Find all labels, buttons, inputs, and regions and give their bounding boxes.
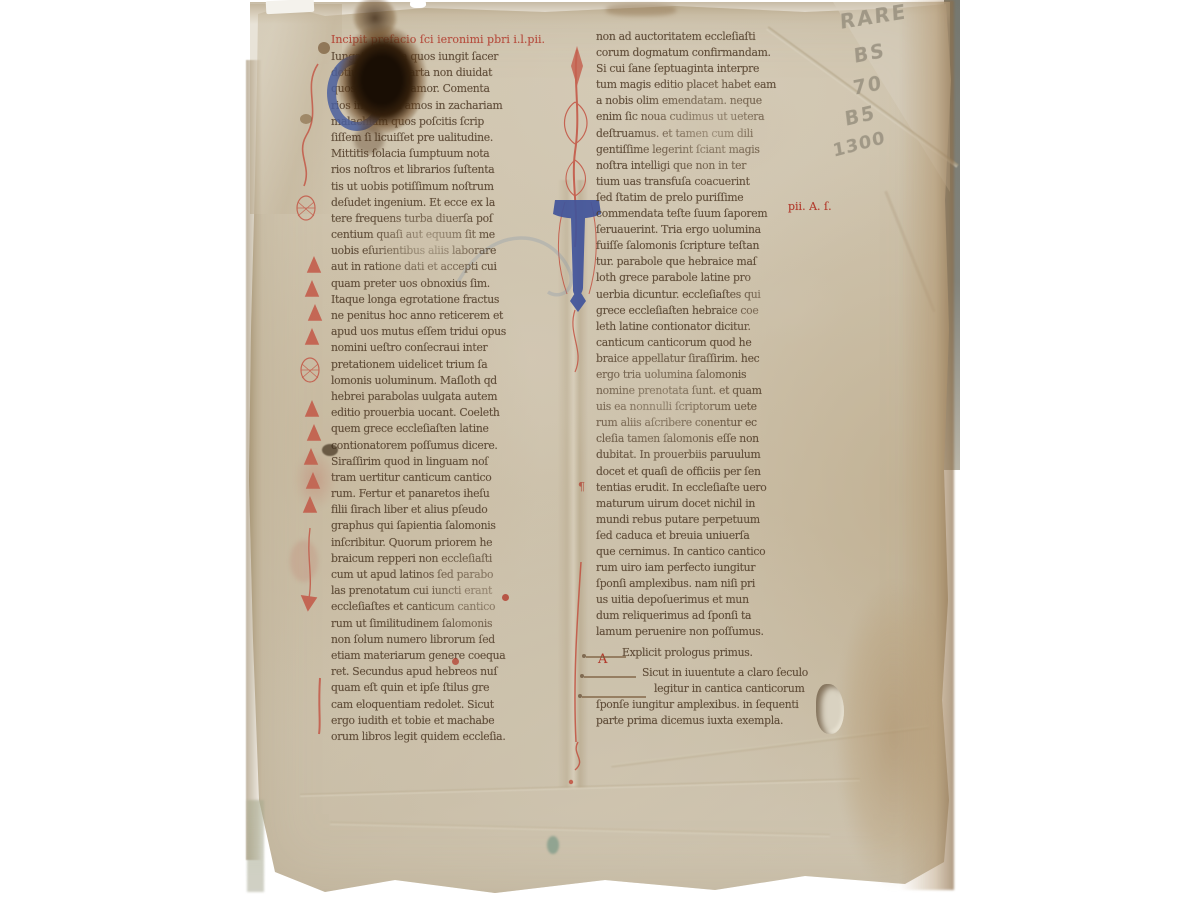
guide-tick: [584, 676, 636, 678]
text-line: lomonis uoluminum. Maſloth qd: [331, 374, 571, 390]
text-line: que cernimus. In cantico cantico: [596, 545, 852, 561]
text-line: grece eccleſiaſten hebraice coe: [596, 304, 852, 320]
explicit-line: Explicit prologus primus.: [596, 646, 852, 666]
text-line: ſponſe iungitur amplexibus. in ſequenti: [596, 698, 852, 714]
text-line: pretationem uidelicet trium ſa: [331, 358, 571, 374]
text-line: rios noſtros et librarios ſuſtenta: [331, 163, 571, 179]
text-line: Siraſſirim quod in linguam noſ: [331, 455, 571, 471]
text-line: centium quaſi aut equum ſit me: [331, 228, 571, 244]
text-line: parte prima dicemus iuxta exempla.: [596, 714, 852, 730]
text-line: non ad auctoritatem eccleſiaſti: [596, 30, 852, 46]
text-line: inſcribitur. Quorum priorem he: [331, 536, 571, 552]
text-line: rum aliis aſcribere conentur ec: [596, 416, 852, 432]
pencil-note-line: BS: [853, 40, 887, 68]
left-text-column: Incipit prefacio ſci ieronimi pbri i.l.p…: [331, 33, 571, 746]
text-line: ſponſi amplexibus. nam niſi pri: [596, 577, 852, 593]
text-line: cam eloquentiam redolet. Sicut: [331, 698, 571, 714]
pencil-note-line: RARE: [839, 0, 907, 34]
text-line: docet et quaſi de officiis per ſen: [596, 465, 852, 481]
text-line: graphus qui ſapientia ſalomonis: [331, 519, 571, 535]
text-line: etiam materiarum genere coequa: [331, 649, 571, 665]
guide-tick: [582, 696, 646, 698]
text-line: quam eſt quin et ipſe ſtilus gre: [331, 681, 571, 697]
text-line: tere frequens turba diuerſa poſ: [331, 212, 571, 228]
text-line: tur. parabole que hebraice maſ: [596, 255, 852, 271]
text-line: tium uas transfuſa coacuerint: [596, 175, 852, 191]
bottom-left-edge: [247, 800, 264, 892]
text-line: canticum canticorum quod he: [596, 336, 852, 352]
text-line: editio prouerbia uocant. Coeleth: [331, 406, 571, 422]
red-explicit-initial: A: [598, 652, 607, 667]
text-line: corum dogmatum confirmandam.: [596, 46, 852, 62]
text-line: hebrei parabolas uulgata autem: [331, 390, 571, 406]
text-line: ergo iudith et tobie et machabe: [331, 714, 571, 730]
text-line: rum. Fertur et panaretos iheſu: [331, 487, 571, 503]
text-line: loth grece parabole latine pro: [596, 271, 852, 287]
text-line: rios in oſee in amos in zachariam: [331, 99, 571, 115]
text-line: tentias erudit. In eccleſiaſte uero: [596, 481, 852, 497]
pencil-note-line: B5: [844, 102, 878, 131]
text-line: cleſia tamen ſalomonis eſſe non: [596, 432, 852, 448]
text-line: mundi rebus putare perpetuum: [596, 513, 852, 529]
text-line: uis ea nonnulli ſcriptorum uete: [596, 400, 852, 416]
text-line: Mittitis ſolacia ſumptuum nota: [331, 147, 571, 163]
text-line: enim ſic noua cudimus ut uetera: [596, 110, 852, 126]
text-line: dum reliquerimus ad ſponſi ta: [596, 609, 852, 625]
text-line: deſtruamus. et tamen cum dili: [596, 127, 852, 143]
text-line: eccleſiaſtes et canticum cantico: [331, 600, 571, 616]
manuscript-photo: Incipit prefacio ſci ieronimi pbri i.l.p…: [0, 0, 1200, 900]
text-line: fuiſſe ſalomonis ſcripture teſtan: [596, 239, 852, 255]
text-line: braicum repperi non eccleſiaſti: [331, 552, 571, 568]
text-line: Si cui ſane ſeptuaginta interpre: [596, 62, 852, 78]
text-line: uerbia dicuntur. eccleſiaſtes qui: [596, 288, 852, 304]
edge-notch: [410, 0, 426, 8]
text-line: leth latine contionator dicitur.: [596, 320, 852, 336]
text-line: ne penitus hoc anno reticerem et: [331, 309, 571, 325]
text-line: apud uos mutus eſſem tridui opus: [331, 325, 571, 341]
right-text-column: non ad auctoritatem eccleſiaſticorum dog…: [596, 30, 852, 730]
text-line: malachiam quos poſcitis ſcrip: [331, 115, 571, 131]
text-line: quam preter uos obnoxius ſim.: [331, 277, 571, 293]
text-line: braice appellatur ſiraſſirim. hec: [596, 352, 852, 368]
text-line: Sicut in iuuentute a claro ſeculo: [596, 666, 852, 682]
text-line: rum uiro iam perfecto iungitur: [596, 561, 852, 577]
text-line: non ſolum numero librorum ſed: [331, 633, 571, 649]
right-column-lines: non ad auctoritatem eccleſiaſticorum dog…: [596, 30, 852, 642]
text-line: las prenotatum cui iuncti erant: [331, 584, 571, 600]
text-line: Iungat epiſtola quos iungit ſacer: [331, 50, 571, 66]
pencil-note-line: 70: [852, 72, 884, 100]
text-line: us uitia depoſuerimus et mun: [596, 593, 852, 609]
pencil-call-number: RAREBS70B51300: [826, 6, 956, 186]
text-line: noſtra intelligi que non in ter: [596, 159, 852, 175]
text-line: gentiſſime legerint ſciant magis: [596, 143, 852, 159]
rubric-heading: Incipit prefacio ſci ieronimi pbri i.l.p…: [331, 33, 571, 50]
text-line: dotium immo carta non diuidat: [331, 66, 571, 82]
text-line: quem grece eccleſiaſten latine: [331, 422, 571, 438]
text-line: ſed caduca et breuia uniuerſa: [596, 529, 852, 545]
left-column-lines: Iungat epiſtola quos iungit ſacerdotium …: [331, 50, 571, 746]
red-pilcrow-mark: ¶: [578, 480, 585, 493]
text-line: ſeruauerint. Tria ergo uolumina: [596, 223, 852, 239]
text-line: nomini ueſtro conſecraui inter: [331, 341, 571, 357]
guide-tick: [586, 656, 626, 658]
text-line: uobis eſurientibus aliis laborare: [331, 244, 571, 260]
text-line: maturum uirum docet nichil in: [596, 497, 852, 513]
text-line: Itaque longa egrotatione fractus: [331, 293, 571, 309]
text-line: cum ut apud latinos ſed parabo: [331, 568, 571, 584]
text-line: ret. Secundus apud hebreos nuſ: [331, 665, 571, 681]
text-line: tram uertitur canticum cantico: [331, 471, 571, 487]
text-line: nomine prenotata ſunt. et quam: [596, 384, 852, 400]
text-line: rum ut ſimilitudinem ſalomonis: [331, 617, 571, 633]
text-line: aut in ratione dati et accepti cui: [331, 260, 571, 276]
text-line: contionatorem poſſumus dicere.: [331, 439, 571, 455]
text-line: deſudet ingenium. Et ecce ex la: [331, 196, 571, 212]
text-line: quos xpi nectit amor. Comenta: [331, 82, 571, 98]
text-line: orum libros legit quidem eccleſia.: [331, 730, 571, 746]
text-line: dubitat. In prouerbiis paruulum: [596, 448, 852, 464]
red-rubric-fragment: pii. A. ſ.: [788, 200, 832, 213]
text-line: lamum peruenire non poſſumus.: [596, 625, 852, 641]
text-line: ergo tria uolumina ſalomonis: [596, 368, 852, 384]
text-line: tis ut uobis potiſſimum noſtrum: [331, 180, 571, 196]
text-line: a nobis olim emendatam. neque: [596, 94, 852, 110]
text-line: tum magis editio placet habet eam: [596, 78, 852, 94]
text-line: ſiſſem ſi licuiſſet pre ualitudine.: [331, 131, 571, 147]
pencil-note-line: 1300: [831, 127, 887, 162]
text-line: filii ſirach liber et alius pſeudo: [331, 503, 571, 519]
